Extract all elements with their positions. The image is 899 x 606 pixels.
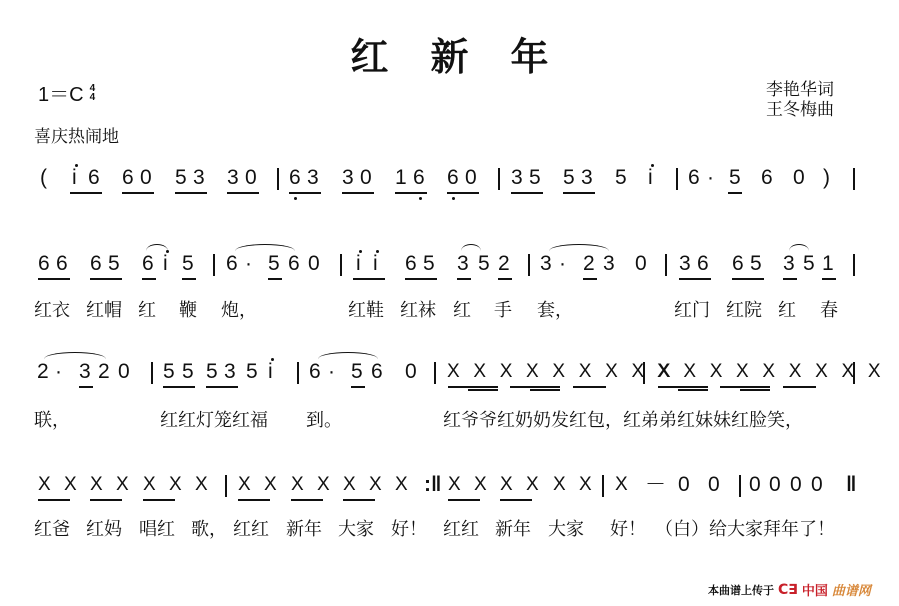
augmentation-dot: · xyxy=(245,252,252,276)
note: X xyxy=(615,473,628,497)
underline xyxy=(206,386,238,388)
note: 0 xyxy=(118,360,130,384)
note: i xyxy=(373,252,378,276)
underline xyxy=(182,278,196,280)
note: 3 xyxy=(79,360,91,384)
augmentation-dot: · xyxy=(328,360,335,384)
underline xyxy=(658,386,708,388)
rest: 0 xyxy=(678,473,690,497)
lyric: 大家 xyxy=(338,515,374,541)
slur xyxy=(461,244,481,251)
note: 6 xyxy=(122,166,134,190)
underline xyxy=(448,499,480,501)
note: 3 xyxy=(342,166,354,190)
underline xyxy=(510,386,560,388)
slur xyxy=(789,244,809,251)
barline xyxy=(602,475,604,497)
song-title: 红新年 xyxy=(0,26,899,81)
lyric: 红红 xyxy=(443,515,479,541)
note: 3 xyxy=(783,252,795,276)
low-octave-dot xyxy=(419,197,422,200)
site-name-cn: 中国 xyxy=(802,580,828,599)
underline xyxy=(405,278,437,280)
underline xyxy=(573,386,606,388)
note: i xyxy=(72,166,77,190)
note: 5 xyxy=(163,360,175,384)
note: 6 xyxy=(697,252,709,276)
slur xyxy=(549,244,609,251)
underline xyxy=(822,278,836,280)
note: 0 xyxy=(360,166,372,190)
lyric: 新年 xyxy=(495,515,531,541)
note: 1 xyxy=(395,166,407,190)
barline xyxy=(277,168,279,190)
note: 3 xyxy=(511,166,523,190)
barline xyxy=(643,362,645,384)
site-name: 曲谱网 xyxy=(832,580,871,599)
rest: 0 xyxy=(811,473,823,497)
underline xyxy=(500,499,532,501)
augmentation-dot: · xyxy=(707,166,714,190)
rest: 0 xyxy=(790,473,802,497)
time-signature: 4 4 xyxy=(90,84,96,102)
underline xyxy=(142,278,156,280)
note-pair: X X xyxy=(553,473,596,497)
note: 3 xyxy=(540,252,552,276)
double-underline xyxy=(678,389,708,391)
underline xyxy=(448,386,498,388)
underline xyxy=(38,499,70,501)
note: 3 xyxy=(307,166,319,190)
double-underline xyxy=(530,389,560,391)
note-pair: X X xyxy=(500,473,543,497)
note: 3 xyxy=(224,360,236,384)
underline xyxy=(720,386,770,388)
note: 2 xyxy=(583,252,595,276)
lyric: 红妈 xyxy=(86,515,122,541)
note: 6 xyxy=(371,360,383,384)
barline xyxy=(853,168,855,190)
note: 6 xyxy=(289,166,301,190)
lyric: 红院 xyxy=(726,296,762,322)
high-octave-dot xyxy=(166,250,169,253)
note: i xyxy=(163,252,168,276)
note: 0 xyxy=(308,252,320,276)
note: X xyxy=(195,473,208,497)
note: 6 xyxy=(732,252,744,276)
extension-dash: － xyxy=(645,473,666,497)
lyric: 新年 xyxy=(286,515,322,541)
underline xyxy=(343,499,375,501)
lyric: 红 xyxy=(138,296,156,322)
note: 0 xyxy=(793,166,805,190)
note: 3 xyxy=(581,166,593,190)
note: 5 xyxy=(478,252,490,276)
underline xyxy=(679,278,711,280)
note: i xyxy=(648,166,653,190)
note: 6 xyxy=(90,252,102,276)
underline xyxy=(122,192,154,194)
barline xyxy=(676,168,678,190)
lyric: 联， xyxy=(34,406,70,432)
note: 6 xyxy=(405,252,417,276)
slur xyxy=(44,352,106,359)
low-octave-dot xyxy=(294,197,297,200)
underline xyxy=(353,278,385,280)
note: 2 xyxy=(37,360,49,384)
lyric: 手 xyxy=(494,296,512,322)
time-bottom: 4 xyxy=(90,93,96,102)
note-pair: X X xyxy=(90,473,133,497)
key-label: 1＝C xyxy=(38,78,84,107)
slur xyxy=(235,244,295,251)
note: 6 xyxy=(88,166,100,190)
lyric: 好！ xyxy=(391,515,427,541)
lyric: 歌， xyxy=(191,515,227,541)
note-pair: X X xyxy=(448,473,491,497)
augmentation-dot: · xyxy=(559,252,566,276)
underline xyxy=(351,386,365,388)
low-octave-dot xyxy=(452,197,455,200)
rhythm-pattern: X X X X X X X X X xyxy=(447,360,675,384)
note-pair: X X xyxy=(343,473,386,497)
barline xyxy=(213,254,215,276)
note: 0 xyxy=(465,166,477,190)
lyric: 套， xyxy=(537,296,573,322)
underline xyxy=(90,499,122,501)
underline xyxy=(783,278,797,280)
open-paren: ( xyxy=(40,166,47,190)
note: 6 xyxy=(56,252,68,276)
underline xyxy=(227,192,259,194)
lyric: 鞭 xyxy=(179,296,197,322)
slur xyxy=(146,244,168,251)
underline xyxy=(447,192,479,194)
barline xyxy=(434,362,436,384)
note: 0 xyxy=(405,360,417,384)
note: 6 xyxy=(38,252,50,276)
underline xyxy=(90,278,122,280)
note: 3 xyxy=(679,252,691,276)
underline xyxy=(732,278,764,280)
lyric: 红红灯笼红福 xyxy=(160,406,268,432)
note: i xyxy=(356,252,361,276)
note: 6 xyxy=(309,360,321,384)
underline xyxy=(70,192,102,194)
barline xyxy=(225,475,227,497)
note: 3 xyxy=(227,166,239,190)
note: 5 xyxy=(182,252,194,276)
note: 5 xyxy=(529,166,541,190)
underline xyxy=(511,192,543,194)
rest: 0 xyxy=(708,473,720,497)
rest: 0 xyxy=(769,473,781,497)
underline xyxy=(728,192,742,194)
barline xyxy=(340,254,342,276)
lyric: 好！ xyxy=(610,515,646,541)
lyric: 红 xyxy=(453,296,471,322)
lyric: 红 xyxy=(778,296,796,322)
double-underline xyxy=(468,389,498,391)
note-pair: X X xyxy=(291,473,334,497)
lyric: 到。 xyxy=(306,406,342,432)
note: 5 xyxy=(729,166,741,190)
note-pair: X X xyxy=(143,473,186,497)
lyric: 红红 xyxy=(233,515,269,541)
note: 6 xyxy=(142,252,154,276)
lyric: 红帽 xyxy=(86,296,122,322)
note: 6 xyxy=(688,166,700,190)
underline xyxy=(583,278,597,280)
underline xyxy=(563,192,595,194)
rest: 0 xyxy=(749,473,761,497)
note: 5 xyxy=(803,252,815,276)
note-pair: X X xyxy=(38,473,81,497)
note: 5 xyxy=(108,252,120,276)
final-barline: ‖ xyxy=(846,473,856,497)
high-octave-dot xyxy=(376,250,379,253)
underline xyxy=(238,499,270,501)
lyric: 大家 xyxy=(548,515,584,541)
note: 5 xyxy=(423,252,435,276)
close-paren: ) xyxy=(823,166,830,190)
note: 6 xyxy=(447,166,459,190)
underline xyxy=(498,278,512,280)
high-octave-dot xyxy=(359,250,362,253)
underline xyxy=(268,278,282,280)
note: 6 xyxy=(761,166,773,190)
upload-label: 本曲谱上传于 xyxy=(708,582,774,598)
note: 3 xyxy=(603,252,615,276)
note: 5 xyxy=(351,360,363,384)
augmentation-dot: · xyxy=(55,360,62,384)
lyric: 红爸 xyxy=(34,515,70,541)
underline xyxy=(783,386,816,388)
note: 0 xyxy=(245,166,257,190)
underline xyxy=(342,192,374,194)
underline xyxy=(175,192,207,194)
underline xyxy=(289,192,321,194)
underline xyxy=(291,499,323,501)
underline xyxy=(38,278,70,280)
note: 5 xyxy=(175,166,187,190)
note: X xyxy=(395,473,408,497)
note: 5 xyxy=(615,166,627,190)
note: 6 xyxy=(413,166,425,190)
lyric: 唱红 xyxy=(139,515,175,541)
note: 5 xyxy=(182,360,194,384)
underline xyxy=(163,386,195,388)
rhythm-pattern: X X X X X X X X X xyxy=(657,360,885,384)
barline xyxy=(853,362,855,384)
high-octave-dot xyxy=(75,164,78,167)
barline xyxy=(498,168,500,190)
note: 1 xyxy=(822,252,834,276)
tempo-marking: 喜庆热闹地 xyxy=(34,122,119,147)
lyric: （白）给大家拜年了！ xyxy=(655,515,835,541)
note: 6 xyxy=(226,252,238,276)
lyric: 红袜 xyxy=(400,296,436,322)
high-octave-dot xyxy=(271,358,274,361)
barline xyxy=(528,254,530,276)
note: 5 xyxy=(246,360,258,384)
note: 0 xyxy=(140,166,152,190)
note: 5 xyxy=(206,360,218,384)
upload-credit: 本曲谱上传于 C∃ 中国 曲谱网 xyxy=(708,580,871,599)
note: 5 xyxy=(750,252,762,276)
barline xyxy=(297,362,299,384)
lyricist: 李艳华词 xyxy=(766,80,834,100)
underline xyxy=(395,192,427,194)
barline xyxy=(853,254,855,276)
lyric: 红爷爷红奶奶发红包，红弟弟红妹妹红脸笑， xyxy=(443,406,803,432)
note: 3 xyxy=(457,252,469,276)
underline xyxy=(79,386,93,388)
underline xyxy=(457,278,471,280)
high-octave-dot xyxy=(651,164,654,167)
composer: 王冬梅曲 xyxy=(766,100,834,120)
key-signature: 1＝C 4 4 xyxy=(38,78,95,107)
barline xyxy=(151,362,153,384)
note: 5 xyxy=(268,252,280,276)
lyric: 炮， xyxy=(221,296,257,322)
note-pair: X X xyxy=(238,473,281,497)
repeat-end-barline: :‖ xyxy=(424,473,441,497)
note: 6 xyxy=(288,252,300,276)
note: i xyxy=(268,360,273,384)
barline xyxy=(739,475,741,497)
lyric: 春 xyxy=(820,296,838,322)
credits: 李艳华词 王冬梅曲 xyxy=(766,80,834,120)
lyric: 红衣 xyxy=(34,296,70,322)
double-underline xyxy=(740,389,770,391)
note: 3 xyxy=(193,166,205,190)
barline xyxy=(665,254,667,276)
note: 2 xyxy=(498,252,510,276)
note: 0 xyxy=(635,252,647,276)
lyric: 红门 xyxy=(674,296,710,322)
site-logo-icon: C∃ xyxy=(778,582,798,598)
slur xyxy=(318,352,378,359)
note: 5 xyxy=(563,166,575,190)
underline xyxy=(143,499,175,501)
note: 2 xyxy=(98,360,110,384)
lyric: 红鞋 xyxy=(348,296,384,322)
